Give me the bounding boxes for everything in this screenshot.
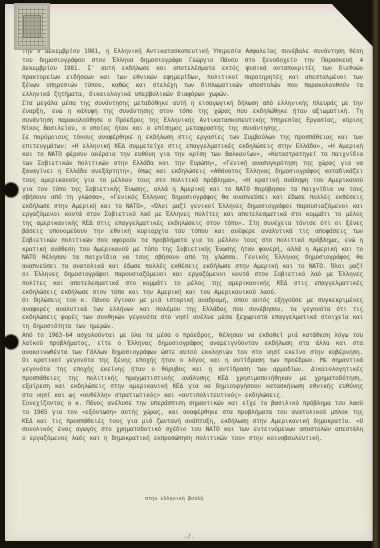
interlinear-insertion-text: στην ελληνική βουλή [145,496,203,502]
paragraph: Από το 1963-64 ασχολούνται με όλα τα μέσ… [22,332,363,401]
paragraph: Την 9 Δεκεμβρίου 1981, η Ελληνική Αντικα… [22,48,363,100]
embossed-stamp-icon [14,3,50,50]
scanned-document-page: Την 9 Δεκεμβρίου 1981, η Ελληνική Αντικα… [0,0,380,548]
scan-edge-shadow [371,0,380,548]
paragraph: Στα μεγάλα μέσα της συνάντησης μεταδόθηκ… [22,100,363,134]
hole-punch-icon [4,183,18,197]
paper-sheet: Την 9 Δεκεμβρίου 1981, η Ελληνική Αντικα… [5,4,373,541]
paragraph: Σε παρόμοιους τόνους αναφέρθηκε η εκδήλω… [22,134,363,297]
document-text: Την 9 Δεκεμβρίου 1981, η Ελληνική Αντικα… [22,48,363,443]
hole-punch-icon [4,335,18,349]
paragraph: Οι δηλώσεις του κ. Πάνου έγιναν με μιά ι… [22,297,363,331]
paragraph: Συνεχίζοντας ο κ. Πάνος ανέλυσε την υπερ… [22,400,363,443]
page-marker: ./. [5,532,373,540]
